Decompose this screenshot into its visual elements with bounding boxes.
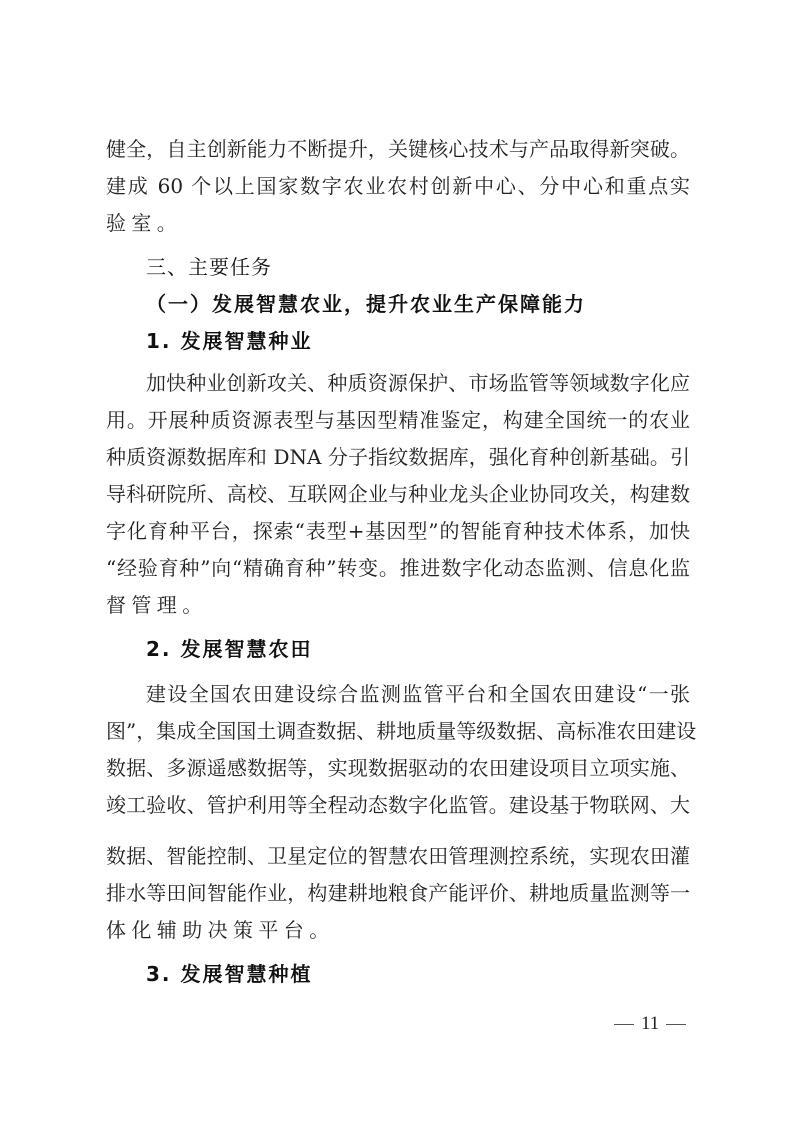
- paragraph-line: 建成 60 个以上国家数字农业农村创新中心、分中心和重点实: [106, 174, 690, 198]
- section-heading: 三、主要任务: [146, 255, 690, 279]
- dash-right: [666, 1024, 686, 1026]
- paragraph-line: 排水等田间智能作业，构建耕地粮食产能评价、耕地质量监测等一: [106, 881, 690, 905]
- paragraph-line: 竣工验收、管护利用等全程动态数字化监管。建设基于物联网、大: [106, 793, 690, 817]
- document-page: 健全，自主创新能力不断提升，关键核心技术与产品取得新突破。 建成 60 个以上国…: [0, 0, 794, 1123]
- paragraph-line: 建设全国农田建设综合监测监管平台和全国农田建设“一张: [146, 682, 690, 706]
- item-heading: 3. 发展智慧种植: [146, 962, 690, 986]
- paragraph-line: 验室。: [106, 211, 690, 235]
- paragraph-line: 加快种业创新攻关、种质资源保护、市场监管等领域数字化应: [146, 371, 690, 395]
- paragraph-line: 字化育种平台，探索“表型+基因型”的智能育种技术体系，加快: [106, 519, 690, 543]
- paragraph-line: 用。开展种质资源表型与基因型精准鉴定，构建全国统一的农业: [106, 408, 690, 432]
- paragraph-line: 种质资源数据库和 DNA 分子指纹数据库，强化育种创新基础。引: [106, 445, 690, 469]
- paragraph-line: 数据、多源遥感数据等，实现数据驱动的农田建设项目立项实施、: [106, 756, 690, 780]
- paragraph-line: 导科研院所、高校、互联网企业与种业龙头企业协同攻关，构建数: [106, 482, 690, 506]
- item-heading: 1. 发展智慧种业: [146, 329, 690, 353]
- paragraph-line: 体化辅助决策平台。: [106, 918, 690, 942]
- paragraph-line: 数据、智能控制、卫星定位的智慧农田管理测控系统，实现农田灌: [106, 844, 690, 868]
- subsection-heading: （一）发展智慧农业，提升农业生产保障能力: [146, 292, 690, 316]
- item-heading: 2. 发展智慧农田: [146, 637, 690, 661]
- paragraph-line: 督管理。: [106, 593, 690, 617]
- paragraph-line: 图”，集成全国国土调查数据、耕地质量等级数据、高标准农田建设: [106, 719, 690, 743]
- paragraph-line: “经验育种”向“精确育种”转变。推进数字化动态监测、信息化监: [106, 556, 690, 580]
- dash-left: [614, 1024, 634, 1026]
- page-number-value: 11: [641, 1013, 659, 1034]
- paragraph-line: 健全，自主创新能力不断提升，关键核心技术与产品取得新突破。: [106, 137, 690, 161]
- page-number: 11: [607, 1012, 693, 1036]
